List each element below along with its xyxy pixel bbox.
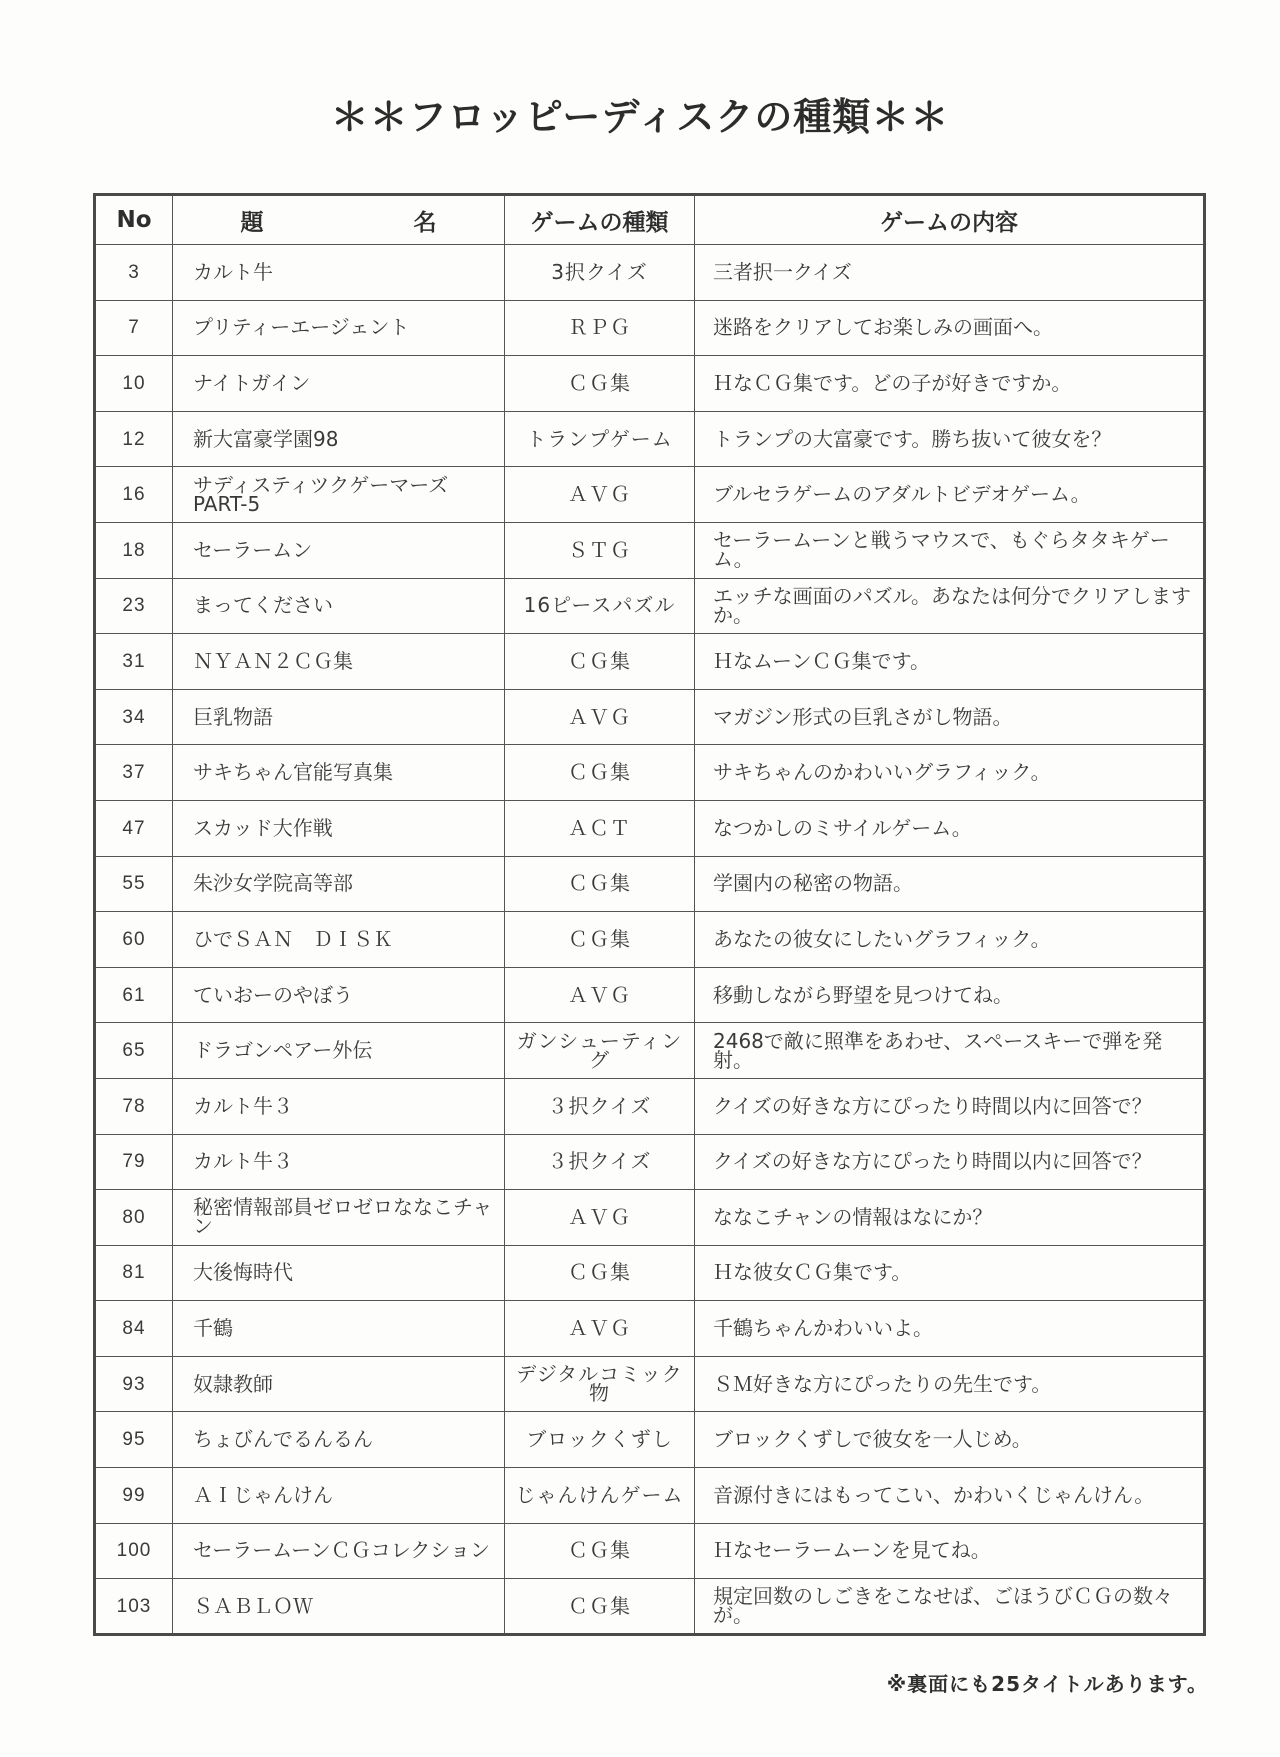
row-number: 79 [95, 1134, 173, 1190]
table-row: 103ＳＡＢＬＯＷＣＧ集規定回数のしごきをこなせば、ごほうびＣＧの数々が。 [95, 1579, 1205, 1635]
row-description: エッチな画面のパズル。あなたは何分でクリアしますか。 [695, 578, 1205, 634]
row-number: 103 [95, 1579, 173, 1635]
row-genre: ＳＴＧ [505, 522, 695, 578]
table-row: 16サディスティツクゲーマーズ PART-5ＡＶＧブルセラゲームのアダルトビデオ… [95, 467, 1205, 523]
row-genre: ＣＧ集 [505, 356, 695, 412]
row-number: 61 [95, 967, 173, 1023]
row-number: 12 [95, 411, 173, 467]
header-description: ゲームの内容 [695, 195, 1205, 245]
row-genre: ＣＧ集 [505, 912, 695, 968]
row-description: 音源付きにはもってこい、かわいくじゃんけん。 [695, 1468, 1205, 1524]
row-title: ＳＡＢＬＯＷ [173, 1579, 505, 1635]
row-genre: ガンシューティング [505, 1023, 695, 1079]
row-description: 2468で敵に照準をあわせ、スペースキーで弾を発射。 [695, 1023, 1205, 1079]
table-row: 55朱沙女学院高等部ＣＧ集学園内の秘密の物語。 [95, 856, 1205, 912]
row-title: サディスティツクゲーマーズ PART-5 [173, 467, 505, 523]
row-genre: ＣＧ集 [505, 856, 695, 912]
row-description: ブルセラゲームのアダルトビデオゲーム。 [695, 467, 1205, 523]
table-row: 95ちょびんでるんるんブロックくずしブロックくずしで彼女を一人じめ。 [95, 1412, 1205, 1468]
row-number: 95 [95, 1412, 173, 1468]
row-number: 78 [95, 1078, 173, 1134]
row-title: 千鶴 [173, 1301, 505, 1357]
table-row: 34巨乳物語ＡＶＧマガジン形式の巨乳さがし物語。 [95, 689, 1205, 745]
row-number: 34 [95, 689, 173, 745]
header-no: No [95, 195, 173, 245]
row-genre: ＡＶＧ [505, 689, 695, 745]
row-description: トランプの大富豪です。勝ち抜いて彼女を？ [695, 411, 1205, 467]
row-genre: ３択クイズ [505, 1078, 695, 1134]
row-number: 93 [95, 1356, 173, 1412]
footnote: ※裏面にも25タイトルあります。 [887, 1668, 1208, 1697]
row-genre: 16ピースパズル [505, 578, 695, 634]
row-number: 18 [95, 522, 173, 578]
row-title: 大後悔時代 [173, 1245, 505, 1301]
row-genre: デジタルコミック物 [505, 1356, 695, 1412]
row-description: ＳＭ好きな方にぴったりの先生です。 [695, 1356, 1205, 1412]
row-genre: ＲＰＧ [505, 300, 695, 356]
row-title: まってください [173, 578, 505, 634]
row-genre: ブロックくずし [505, 1412, 695, 1468]
row-genre: ＡＶＧ [505, 1190, 695, 1246]
row-genre: じゃんけんゲーム [505, 1468, 695, 1524]
row-description: Ｈなセーラームーンを見てね。 [695, 1523, 1205, 1579]
floppy-disk-catalog-page: ＊＊フロッピーディスクの種類＊＊ No 題名 ゲームの種類 ゲームの内容 3カル… [0, 0, 1280, 1757]
row-number: 3 [95, 245, 173, 301]
row-genre: ＣＧ集 [505, 745, 695, 801]
row-genre: トランプゲーム [505, 411, 695, 467]
row-title: 新大富豪学園98 [173, 411, 505, 467]
row-genre: ＣＧ集 [505, 634, 695, 690]
row-description: 三者択一クイズ [695, 245, 1205, 301]
header-genre: ゲームの種類 [505, 195, 695, 245]
row-description: あなたの彼女にしたいグラフィック。 [695, 912, 1205, 968]
row-description: 迷路をクリアしてお楽しみの画面へ。 [695, 300, 1205, 356]
table-row: 81大後悔時代ＣＧ集Ｈな彼女ＣＧ集です。 [95, 1245, 1205, 1301]
row-description: マガジン形式の巨乳さがし物語。 [695, 689, 1205, 745]
row-genre: ＣＧ集 [505, 1579, 695, 1635]
row-title: サキちゃん官能写真集 [173, 745, 505, 801]
floppy-disk-table: No 題名 ゲームの種類 ゲームの内容 3カルト牛3択クイズ三者択一クイズ7プリ… [93, 193, 1206, 1636]
row-title: ドラゴンペアー外伝 [173, 1023, 505, 1079]
row-genre: ＡＣＴ [505, 800, 695, 856]
row-number: 10 [95, 356, 173, 412]
row-title: ＮＹＡＮ２ＣＧ集 [173, 634, 505, 690]
table-header-row: No 題名 ゲームの種類 ゲームの内容 [95, 195, 1205, 245]
row-genre: ＣＧ集 [505, 1245, 695, 1301]
table-row: 61ていおーのやぼうＡＶＧ移動しながら野望を見つけてね。 [95, 967, 1205, 1023]
row-description: クイズの好きな方にぴったり時間以内に回答で？ [695, 1078, 1205, 1134]
row-genre: ＣＧ集 [505, 1523, 695, 1579]
row-title: カルト牛３ [173, 1078, 505, 1134]
row-description: ＨなＣＧ集です。どの子が好きですか。 [695, 356, 1205, 412]
table-row: 99ＡＩじゃんけんじゃんけんゲーム音源付きにはもってこい、かわいくじゃんけん。 [95, 1468, 1205, 1524]
row-title: 秘密情報部員ゼロゼロななこチャン [173, 1190, 505, 1246]
row-number: 99 [95, 1468, 173, 1524]
row-number: 16 [95, 467, 173, 523]
row-number: 23 [95, 578, 173, 634]
row-title: 朱沙女学院高等部 [173, 856, 505, 912]
table-body: 3カルト牛3択クイズ三者択一クイズ7プリティーエージェントＲＰＧ迷路をクリアして… [95, 245, 1205, 1635]
row-number: 37 [95, 745, 173, 801]
row-description: セーラームーンと戦うマウスで、もぐらタタキゲーム。 [695, 522, 1205, 578]
row-description: 千鶴ちゃんかわいいよ。 [695, 1301, 1205, 1357]
row-description: クイズの好きな方にぴったり時間以内に回答で？ [695, 1134, 1205, 1190]
row-genre: ＡＶＧ [505, 467, 695, 523]
header-title-left: 題 [241, 210, 264, 236]
row-title: セーラームン [173, 522, 505, 578]
table-row: 93奴隷教師デジタルコミック物ＳＭ好きな方にぴったりの先生です。 [95, 1356, 1205, 1412]
row-title: カルト牛 [173, 245, 505, 301]
row-title: プリティーエージェント [173, 300, 505, 356]
header-title: 題名 [173, 195, 505, 245]
row-number: 81 [95, 1245, 173, 1301]
row-number: 65 [95, 1023, 173, 1079]
row-title: 奴隷教師 [173, 1356, 505, 1412]
row-description: 学園内の秘密の物語。 [695, 856, 1205, 912]
table-row: 18セーラームンＳＴＧセーラームーンと戦うマウスで、もぐらタタキゲーム。 [95, 522, 1205, 578]
row-description: ブロックくずしで彼女を一人じめ。 [695, 1412, 1205, 1468]
row-title: セーラームーンＣＧコレクション [173, 1523, 505, 1579]
row-description: Ｈな彼女ＣＧ集です。 [695, 1245, 1205, 1301]
row-title: ＡＩじゃんけん [173, 1468, 505, 1524]
row-number: 60 [95, 912, 173, 968]
row-description: サキちゃんのかわいいグラフィック。 [695, 745, 1205, 801]
table-row: 7プリティーエージェントＲＰＧ迷路をクリアしてお楽しみの画面へ。 [95, 300, 1205, 356]
page-title: ＊＊フロッピーディスクの種類＊＊ [0, 86, 1280, 141]
row-title: ていおーのやぼう [173, 967, 505, 1023]
table-row: 12新大富豪学園98トランプゲームトランプの大富豪です。勝ち抜いて彼女を？ [95, 411, 1205, 467]
row-title: ひでＳＡＮ ＤＩＳＫ [173, 912, 505, 968]
row-genre: ＡＶＧ [505, 1301, 695, 1357]
table-row: 79カルト牛３３択クイズクイズの好きな方にぴったり時間以内に回答で？ [95, 1134, 1205, 1190]
table-row: 84千鶴ＡＶＧ千鶴ちゃんかわいいよ。 [95, 1301, 1205, 1357]
header-title-right: 名 [414, 210, 437, 236]
table-row: 60ひでＳＡＮ ＤＩＳＫＣＧ集あなたの彼女にしたいグラフィック。 [95, 912, 1205, 968]
row-number: 80 [95, 1190, 173, 1246]
row-description: 規定回数のしごきをこなせば、ごほうびＣＧの数々が。 [695, 1579, 1205, 1635]
row-title: スカッド大作戦 [173, 800, 505, 856]
row-description: ＨなムーンＣＧ集です。 [695, 634, 1205, 690]
table-row: 78カルト牛３３択クイズクイズの好きな方にぴったり時間以内に回答で？ [95, 1078, 1205, 1134]
table-row: 3カルト牛3択クイズ三者択一クイズ [95, 245, 1205, 301]
row-number: 100 [95, 1523, 173, 1579]
row-genre: ＡＶＧ [505, 967, 695, 1023]
table-row: 23まってください16ピースパズルエッチな画面のパズル。あなたは何分でクリアしま… [95, 578, 1205, 634]
row-genre: 3択クイズ [505, 245, 695, 301]
row-title: カルト牛３ [173, 1134, 505, 1190]
table-row: 31ＮＹＡＮ２ＣＧ集ＣＧ集ＨなムーンＣＧ集です。 [95, 634, 1205, 690]
row-title: ちょびんでるんるん [173, 1412, 505, 1468]
row-number: 31 [95, 634, 173, 690]
row-description: ななこチャンの情報はなにか？ [695, 1190, 1205, 1246]
table-row: 80秘密情報部員ゼロゼロななこチャンＡＶＧななこチャンの情報はなにか？ [95, 1190, 1205, 1246]
row-number: 47 [95, 800, 173, 856]
row-description: 移動しながら野望を見つけてね。 [695, 967, 1205, 1023]
row-number: 55 [95, 856, 173, 912]
row-description: なつかしのミサイルゲーム。 [695, 800, 1205, 856]
table-row: 47スカッド大作戦ＡＣＴなつかしのミサイルゲーム。 [95, 800, 1205, 856]
row-genre: ３択クイズ [505, 1134, 695, 1190]
table-row: 65ドラゴンペアー外伝ガンシューティング2468で敵に照準をあわせ、スペースキー… [95, 1023, 1205, 1079]
table-row: 37サキちゃん官能写真集ＣＧ集サキちゃんのかわいいグラフィック。 [95, 745, 1205, 801]
row-number: 84 [95, 1301, 173, 1357]
table-row: 100セーラームーンＣＧコレクションＣＧ集Ｈなセーラームーンを見てね。 [95, 1523, 1205, 1579]
row-number: 7 [95, 300, 173, 356]
row-title: 巨乳物語 [173, 689, 505, 745]
table-row: 10ナイトガインＣＧ集ＨなＣＧ集です。どの子が好きですか。 [95, 356, 1205, 412]
row-title: ナイトガイン [173, 356, 505, 412]
